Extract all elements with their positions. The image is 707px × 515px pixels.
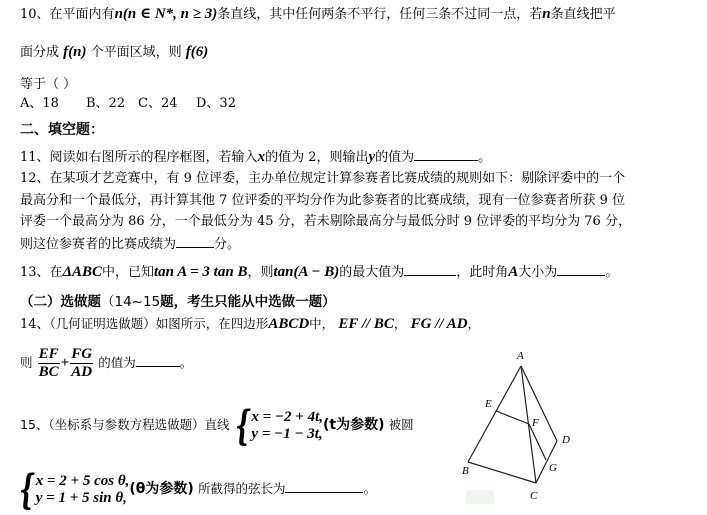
label-d: D: [561, 434, 570, 446]
question-number: 13、: [20, 265, 50, 280]
fraction-numerator: FG: [70, 346, 93, 364]
q10-text: 条直线把平: [551, 7, 616, 22]
q10-line3: 等于（ ）: [20, 77, 76, 93]
q10-math-n-condition: n(n ∈ N*, n ≥ 3): [115, 6, 218, 22]
q14-text: 则: [20, 355, 33, 370]
answer-blank: [136, 354, 180, 367]
fraction-ef-bc: EFBC: [38, 346, 60, 381]
answer-blank: [414, 148, 478, 161]
q11-end: 。: [478, 150, 491, 165]
q13-end: 。: [605, 265, 618, 280]
q13-math-condition: tan A = 3 tan B: [154, 264, 247, 280]
q15-line1: 15、（坐标系与参数方程选做题）直线{x = −2 + 4t,y = −1 − …: [20, 405, 414, 446]
q11-text: 的值为 2，则输出: [265, 150, 368, 165]
q10-math-n: n: [542, 6, 550, 22]
label-b: B: [462, 465, 469, 477]
q12-text: 则这位参赛者的比赛成绩为: [20, 237, 176, 252]
q12-line3: 评委一个最高分为 86 分，一个最低分为 45 分，若未剔除最高分与最低分时 9…: [20, 214, 631, 230]
section-heading-optional: （二）选做题（14~15题，考生只能从中选做一题）: [20, 294, 336, 310]
label-f: F: [531, 417, 539, 429]
q10-line1: 10、在平面内有n(n ∈ N*, n ≥ 3)条直线，其中任何两条不平行，任何…: [20, 6, 616, 23]
q10-math-f6: f(6): [186, 44, 209, 60]
q13-text: ，此时角: [456, 265, 508, 280]
label-g: G: [549, 462, 557, 474]
section-heading-fill-in: 二、填空题：: [20, 122, 104, 138]
option-c: C、24: [138, 96, 196, 112]
answer-blank: [176, 235, 214, 248]
q15-text: （坐标系与参数方程选做题）直线: [48, 417, 229, 432]
heading-normal: （14~15: [101, 294, 160, 310]
q10-text: 等于（ ）: [20, 77, 76, 92]
heading-bold: 题，考生只能从中选做一题）: [160, 294, 336, 310]
q13-math-triangle: ΔABC: [63, 264, 102, 280]
line-parametric-system: {x = −2 + 4t,y = −1 − 3t,: [230, 406, 323, 446]
q10-text: 条直线，其中任何两条不平行，任何三条不过同一点，若: [217, 7, 542, 22]
q14-line1: 14、（几何证明选做题）如图所示，在四边形ABCD中， EF // BC， FG…: [20, 316, 480, 333]
q15-text: 被圆: [389, 417, 414, 432]
q10-math-fn: f(n): [63, 44, 86, 60]
equation-row: x = −2 + 4t,: [251, 409, 323, 426]
quadrilateral-figure: A E F D G B C: [440, 340, 600, 515]
equation-row: x = 2 + 5 cos θ,: [36, 473, 130, 490]
q15-end: 。: [363, 482, 376, 497]
q15-param-theta: (θ为参数): [129, 481, 193, 497]
label-e: E: [484, 398, 492, 410]
q12-end: 分。: [214, 237, 240, 252]
equation-row: y = −1 − 3t,: [251, 426, 323, 443]
q13-text: 大小为: [518, 265, 557, 280]
answer-blank-1: [404, 263, 456, 276]
q10-text: 在平面内有: [50, 7, 115, 22]
question-number: 14、: [20, 317, 50, 332]
option-a: A、18: [20, 96, 86, 112]
q11-line: 11、阅读如右图所示的程序框图，若输入x的值为 2，则输出y的值为。: [20, 148, 491, 166]
left-brace-icon: {: [235, 406, 250, 446]
q14-sep: ，: [394, 316, 407, 331]
q15-param-t: (t为参数): [323, 417, 385, 433]
circle-parametric-system: {x = 2 + 5 cos θ,y = 1 + 5 sin θ,: [14, 470, 129, 510]
q13-math-a: A: [508, 264, 518, 280]
q14-text: 的值为: [98, 355, 136, 370]
plus-sign: +: [61, 355, 70, 371]
q13-math-expr: tan(A − B): [273, 264, 339, 280]
q13-text: 的最大值为: [339, 265, 404, 280]
option-d: D、32: [196, 96, 236, 111]
q11-text: 阅读如右图所示的程序框图，若输入: [50, 150, 258, 165]
q14-text: （几何证明选做题）如图所示，在四边形: [50, 316, 269, 331]
q14-end: 。: [180, 356, 193, 371]
fraction-denominator: BC: [39, 364, 59, 381]
q10-text: 个平面区域，则: [91, 45, 182, 60]
question-number: 10、: [20, 7, 50, 22]
q15-text: 所截得的弦长为: [198, 481, 286, 496]
scan-artifact: [466, 490, 494, 504]
label-a: A: [516, 350, 524, 362]
q13-text: 在: [50, 265, 63, 280]
figure-edges: [468, 366, 557, 483]
option-b: B、22: [86, 96, 138, 112]
q14-line2: 则 EFBC+FGAD 的值为。: [20, 345, 193, 382]
q12-line4: 则这位参赛者的比赛成绩为分。: [20, 235, 240, 253]
equation-row: y = 1 + 5 sin θ,: [36, 490, 130, 507]
fraction-denominator: AD: [71, 364, 92, 381]
q14-math-parallel-1: EF // BC: [338, 316, 394, 332]
answer-blank: [285, 480, 363, 493]
q14-math-parallel-2: FG // AD: [411, 316, 468, 332]
q14-text: 中，: [309, 316, 334, 331]
q14-text: ，: [468, 316, 481, 331]
q10-text: 面分成: [20, 45, 59, 60]
q10-line2: 面分成 f(n) 个平面区域，则 f(6): [20, 44, 208, 61]
answer-blank-2: [557, 263, 605, 276]
q12-line2: 最高分和一个最低分，再计算其他 7 位评委的平均分作为此参赛者的比赛成绩，现有一…: [20, 193, 625, 209]
heading-bold: （二）选做题: [20, 294, 101, 310]
q10-options: A、18B、22C、24D、32: [20, 96, 236, 112]
q12-line1: 12、在某项才艺竞赛中，有 9 位评委，主办单位规定计算参赛者比赛成绩的规则如下…: [20, 171, 625, 187]
q11-text: 的值为: [375, 150, 414, 165]
question-number: 15、: [20, 417, 48, 432]
q13-text: 中，已知: [102, 265, 154, 280]
left-brace-icon: {: [19, 470, 34, 510]
q11-var-x: x: [258, 149, 266, 165]
q13-line: 13、在ΔABC中，已知tan A = 3 tan B，则tan(A − B)的…: [20, 263, 618, 281]
q14-math-quad: ABCD: [268, 316, 309, 332]
q15-line2: {x = 2 + 5 cos θ,y = 1 + 5 sin θ,(θ为参数) …: [14, 469, 376, 510]
label-c: C: [530, 490, 538, 502]
question-number: 11、: [20, 150, 50, 165]
q13-text: ，则: [247, 265, 273, 280]
fraction-numerator: EF: [38, 346, 60, 364]
fraction-fg-ad: FGAD: [70, 346, 93, 381]
